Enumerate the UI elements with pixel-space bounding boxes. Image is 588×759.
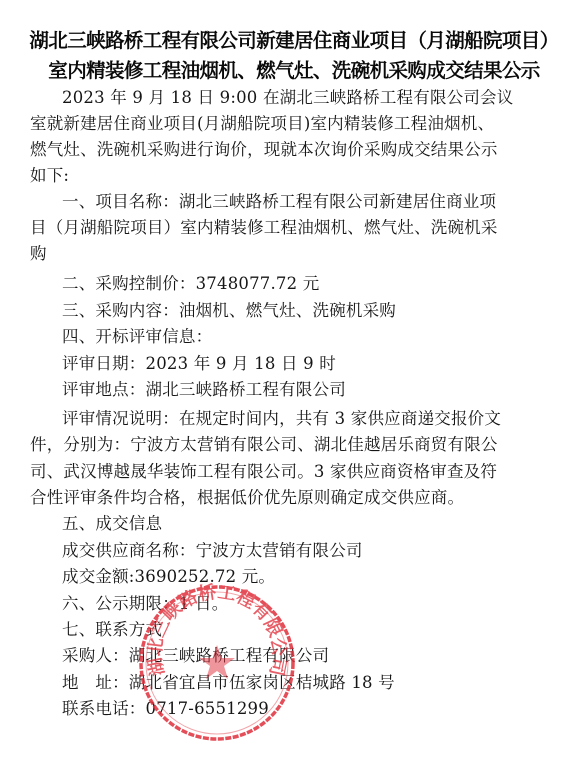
intro-line-3: 燃气灶、洗碗机采购进行询价，现就本次询价采购成交结果公示 [30, 136, 498, 160]
address: 地 址：湖北省宜昌市伍家岗区桔城路 18 号 [62, 669, 395, 693]
section4-heading: 四、开标评审信息： [62, 323, 212, 347]
review-place: 评审地点：湖北三峡路桥工程有限公司 [62, 376, 346, 400]
buyer: 采购人：湖北三峡路桥工程有限公司 [62, 642, 329, 666]
section3-content: 三、采购内容：油烟机、燃气灶、洗碗机采购 [62, 297, 396, 321]
section1-line-1: 一、项目名称：湖北三峡路桥工程有限公司新建居住商业项 [62, 188, 496, 212]
review-desc-line-4: 合性评审条件均合格，根据低价优先原则确定成交供应商。 [30, 484, 464, 508]
section5-heading: 五、成交信息 [62, 510, 162, 534]
intro-line-2: 室就新建居住商业项目(月湖船院项目)室内精装修工程油烟机、 [30, 110, 494, 134]
phone: 联系电话：0717-6551299 [62, 695, 269, 719]
section1-line-3: 购 [30, 240, 47, 264]
winner-name: 成交供应商名称：宁波方太营销有限公司 [62, 537, 363, 561]
document-title-line2: 室内精装修工程油烟机、燃气灶、洗碗机采购成交结果公示 [0, 55, 588, 83]
intro-line-1: 2023 年 9 月 18 日 9:00 在湖北三峡路桥工程有限公司会议 [62, 84, 513, 108]
intro-line-4: 如下: [30, 162, 69, 186]
section7-heading: 七、联系方式 [62, 616, 162, 640]
section1-line-2: 目（月湖船院项目）室内精装修工程油烟机、燃气灶、洗碗机采 [30, 214, 498, 238]
section2-control-price: 二、采购控制价：3748077.72 元 [62, 270, 319, 294]
review-date: 评审日期：2023 年 9 月 18 日 9 时 [62, 350, 336, 374]
section6-period: 六、公示期限：1 日。 [62, 590, 228, 614]
review-desc-line-2: 件，分别为：宁波方太营销有限公司、湖北佳越居乐商贸有限公 [30, 431, 498, 455]
review-desc-line-3: 司、武汉博越晟华装饰工程有限公司。3 家供应商资格审查及符 [30, 458, 497, 482]
announcement-page: 湖北三峡路桥工程有限公司新建居住商业项目（月湖船院项目） 室内精装修工程油烟机、… [0, 0, 588, 759]
review-desc-line-1: 评审情况说明：在规定时间内，共有 3 家供应商递交报价文 [62, 405, 501, 429]
winning-amount: 成交金额:3690252.72 元。 [62, 563, 275, 587]
document-title-line1: 湖北三峡路桥工程有限公司新建居住商业项目（月湖船院项目） [0, 25, 588, 53]
